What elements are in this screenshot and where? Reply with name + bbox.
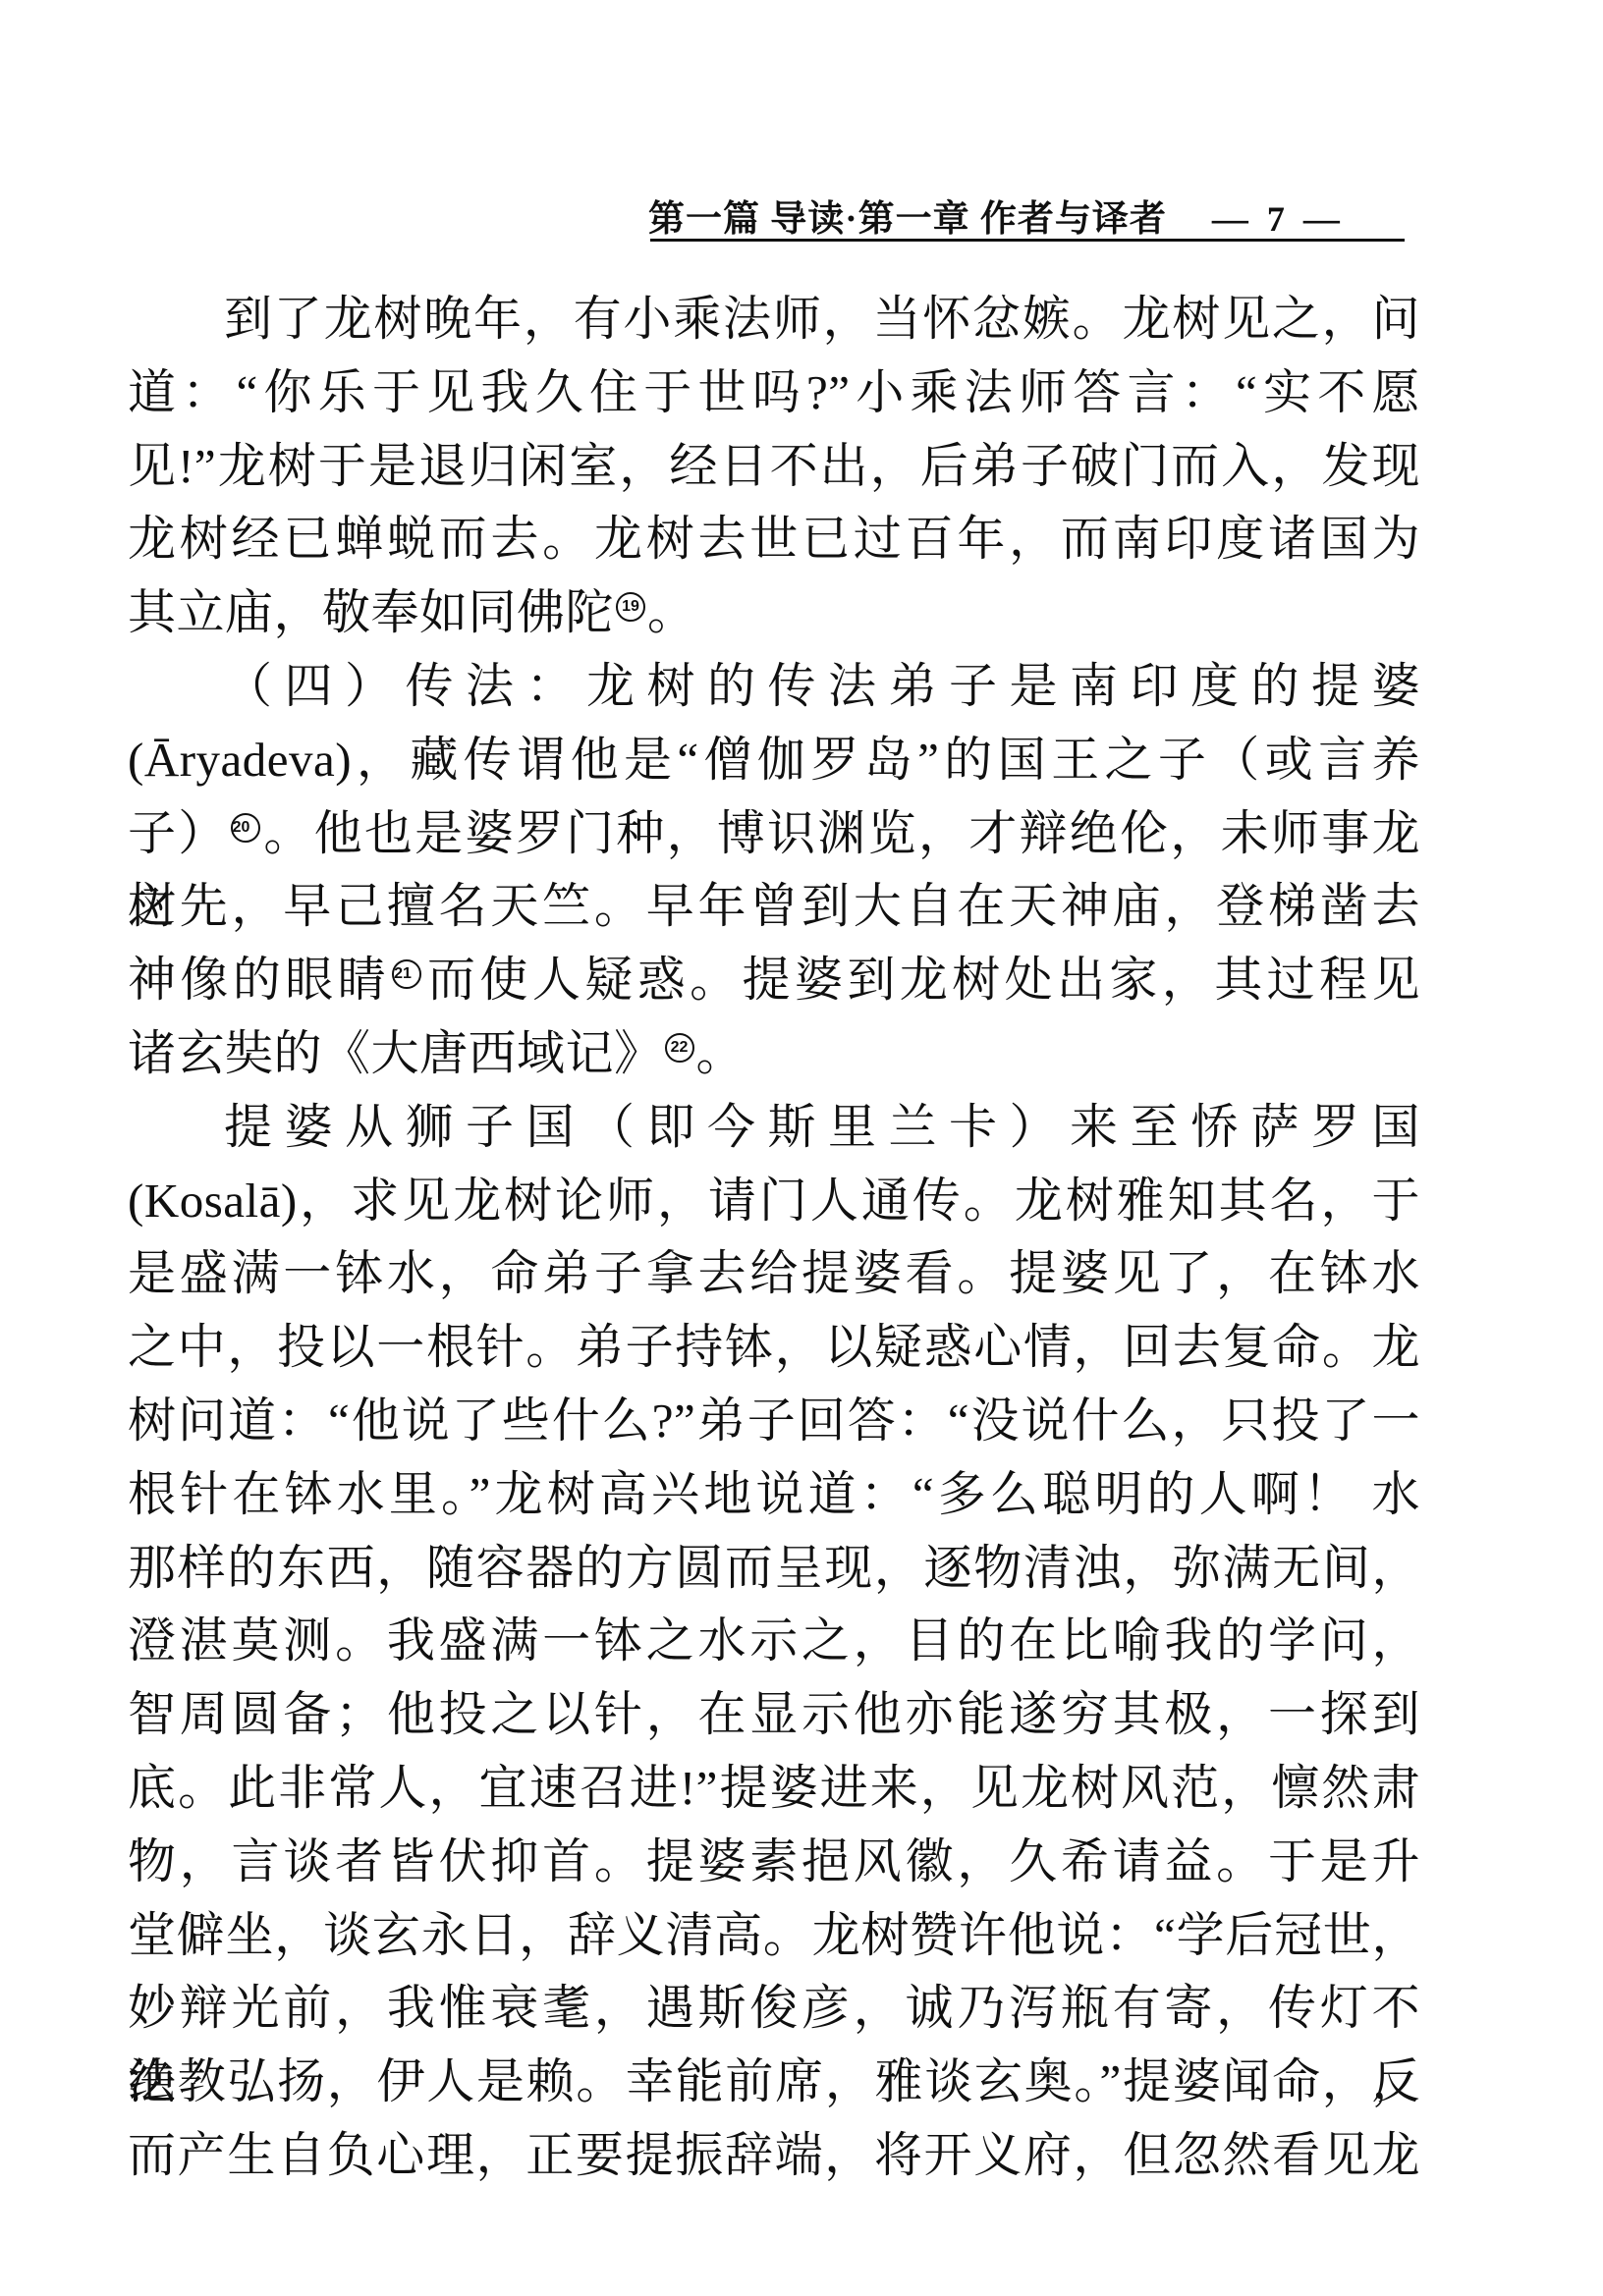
text-line: 堂僻坐，谈玄永日，辞义清高。龙树赞许他说：“学后冠世， [128,1899,1420,1973]
footnote-ref-icon: 19 [616,592,645,622]
text-line: 澄湛莫测。我盛满一钵之水示之，目的在比喻我的学问， [128,1605,1420,1678]
text-line: 提婆从狮子国（即今斯里兰卡）来至㤭萨罗国 [128,1091,1420,1165]
text-line: 智周圆备；他投之以针，在显示他亦能遂穷其极，一探到 [128,1678,1420,1752]
text-line: 而产生自负心理，正要提振辞端，将开义府，但忽然看见龙 [128,2119,1420,2193]
text-line: 那样的东西，随容器的方圆而呈现，逐物清浊，弥满无间， [128,1532,1420,1606]
text-line: 底。此非常人，宜速召进!”提婆进来，见龙树风范，懔然肃 [128,1752,1420,1826]
footnote-ref-icon: 21 [392,959,421,989]
running-head: 第一篇 导读·第一章 作者与译者—7— [648,189,1410,242]
text-line: 子）20。他也是婆罗门种，博识渊览，才辩绝伦，未师事龙树 [128,797,1420,871]
text-line: 之中，投以一根针。弟子持钵，以疑惑心情，回去复命。龙 [128,1311,1420,1385]
book-page: 第一篇 导读·第一章 作者与译者—7— 到了龙树晚年，有小乘法师，当怀忿嫉。龙树… [0,0,1603,2296]
text-line: 道：“你乐于见我久住于世吗?”小乘法师答言：“实不愿 [128,356,1420,430]
text-line: 物，言谈者皆伏抑首。提婆素挹风徽，久希请益。于是升 [128,1826,1420,1899]
text-line: 之先，早己擅名天竺。早年曾到大自在天神庙，登梯凿去 [128,870,1420,944]
body-text: 到了龙树晚年，有小乘法师，当怀忿嫉。龙树见之，问道：“你乐于见我久住于世吗?”小… [128,283,1420,2193]
text-line: 妙辩光前，我惟衰耄，遇斯俊彦，诚乃泻瓶有寄，传灯不绝， [128,1972,1420,2046]
text-line: (Āryadeva)，藏传谓他是“僧伽罗岛”的国王之子（或言养 [128,724,1420,797]
footnote-ref-icon: 22 [665,1033,694,1063]
text-line: (Kosalā)，求见龙树论师，请门人通传。龙树雅知其名，于 [128,1165,1420,1238]
text-line: 龙树经已蝉蜕而去。龙树去世已过百年，而南印度诸国为 [128,503,1420,576]
footnote-ref-icon: 20 [231,813,260,843]
text-line: 到了龙树晚年，有小乘法师，当怀忿嫉。龙树见之，问 [128,283,1420,356]
text-line: （四）传法：龙树的传法弟子是南印度的提婆 [128,650,1420,724]
header-rule [650,239,1405,242]
page-number-dash-left: — [1212,199,1249,240]
text-line: 其立庙，敬奉如同佛陀19。 [128,576,1420,650]
text-line: 是盛满一钵水，命弟子拿去给提婆看。提婆见了，在钵水 [128,1237,1420,1311]
running-head-title: 第一篇 导读·第一章 作者与译者 [648,199,1167,240]
text-line: 根针在钵水里。”龙树高兴地说道：“多么聪明的人啊！ 水 [128,1458,1420,1532]
text-line: 法教弘扬，伊人是赖。幸能前席，雅谈玄奥。”提婆闻命，反 [128,2046,1420,2119]
text-line: 树问道：“他说了些什么?”弟子回答：“没说什么，只投了一 [128,1385,1420,1458]
page-number-dash-right: — [1303,199,1341,240]
text-line: 见!”龙树于是退归闲室，经日不出，后弟子破门而入，发现 [128,430,1420,504]
text-line: 诸玄奘的《大唐西域记》22。 [128,1017,1420,1091]
page-number: 7 [1267,199,1286,239]
text-line: 神像的眼睛21而使人疑惑。提婆到龙树处出家，其过程见 [128,944,1420,1017]
